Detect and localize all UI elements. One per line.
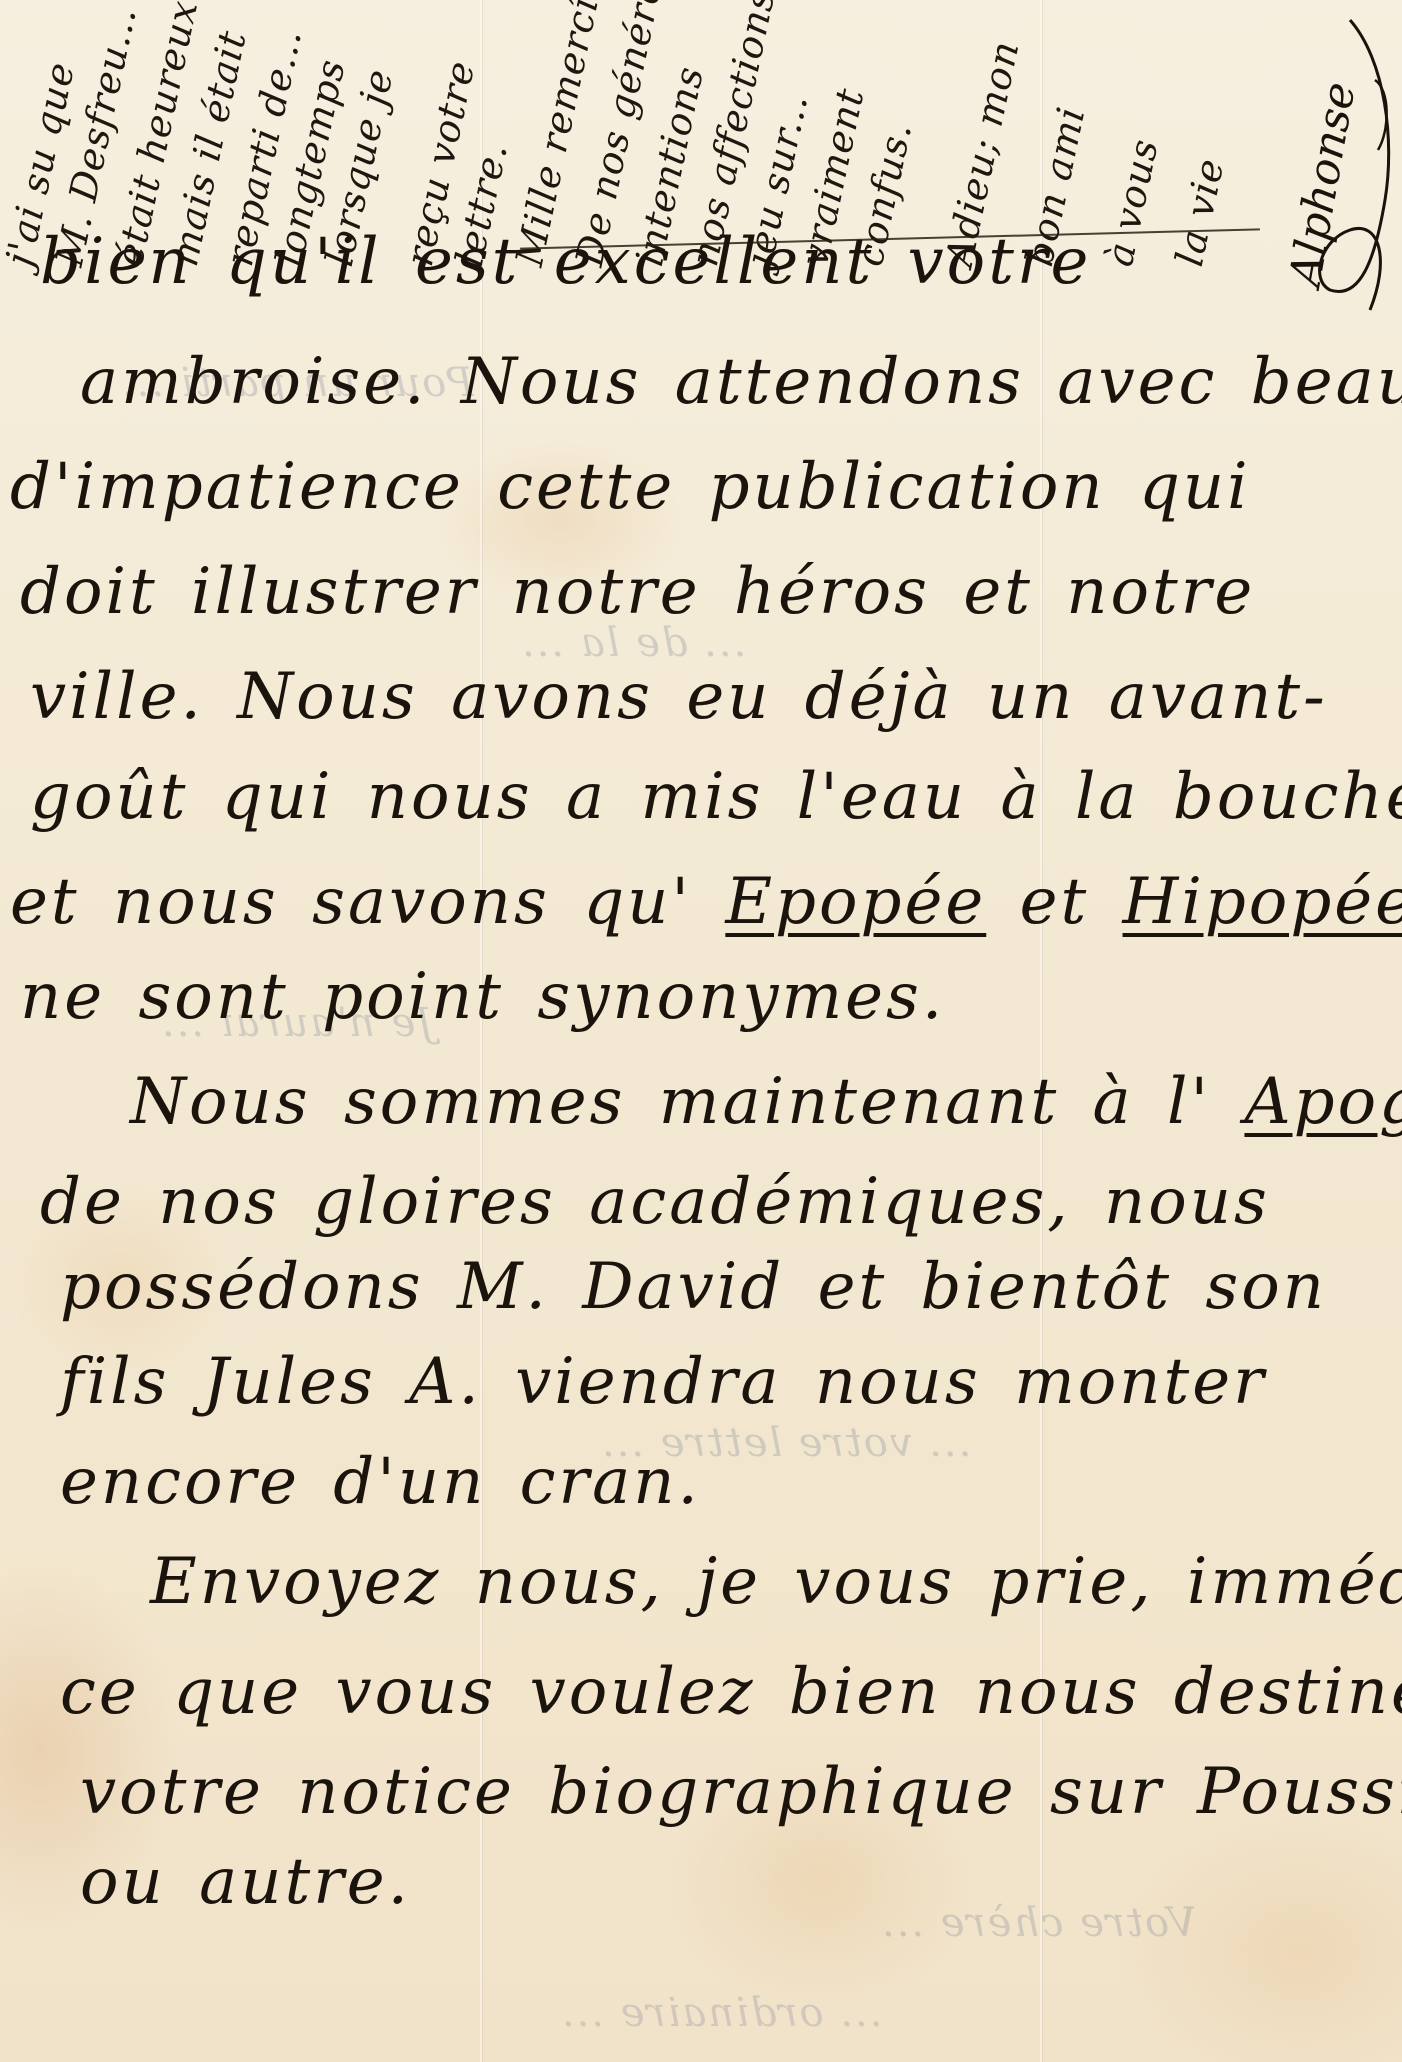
body-line: d'impatience cette publication qui xyxy=(10,450,1251,524)
fold-crease xyxy=(1040,0,1042,2062)
body-line: fils Jules A. viendra nous monter xyxy=(60,1345,1267,1419)
body-line: bien qu'il est excellent votre xyxy=(40,225,1091,299)
body-line: encore d'un cran. xyxy=(60,1445,701,1519)
underlined-word: Epopée xyxy=(725,865,986,939)
body-line: ou autre. xyxy=(80,1845,411,1919)
body-line: de nos gloires académiques, nous xyxy=(40,1165,1270,1239)
letter-page: Pour un parti ... ... de la ... Je n'aur… xyxy=(0,0,1402,2062)
body-line: Envoyez nous, je vous prie, immédiatemen… xyxy=(150,1545,1402,1619)
body-line: possédons M. David et bientôt son xyxy=(60,1250,1327,1324)
body-line: doit illustrer notre héros et notre xyxy=(20,555,1255,629)
signature: Alphonse xyxy=(1290,0,1400,330)
margin-line: à vous xyxy=(1097,135,1167,270)
margin-line: la vie xyxy=(1167,154,1233,270)
bleed-through-text: Votre chère ... xyxy=(880,1900,1196,1946)
body-line: ambroise. Nous attendons avec beaucoup xyxy=(80,345,1402,419)
body-line: Nous sommes maintenant à l' Apogée xyxy=(130,1065,1402,1139)
underlined-word: Hipopée xyxy=(1123,865,1402,939)
body-line: ne sont point synonymes. xyxy=(20,960,945,1034)
body-line: votre notice biographique sur Poussin xyxy=(80,1755,1402,1829)
body-line: et nous savons qu' Epopée et Hipopée xyxy=(10,865,1402,939)
body-line: ce que vous voulez bien nous destiner xyxy=(60,1655,1402,1729)
bleed-through-text: ... ordinaire ... xyxy=(560,1990,883,2036)
body-line: ville. Nous avons eu déjà un avant- xyxy=(30,660,1328,734)
underlined-word: Apogée xyxy=(1244,1065,1402,1139)
body-line: goût qui nous a mis l'eau à la bouche xyxy=(30,760,1402,834)
